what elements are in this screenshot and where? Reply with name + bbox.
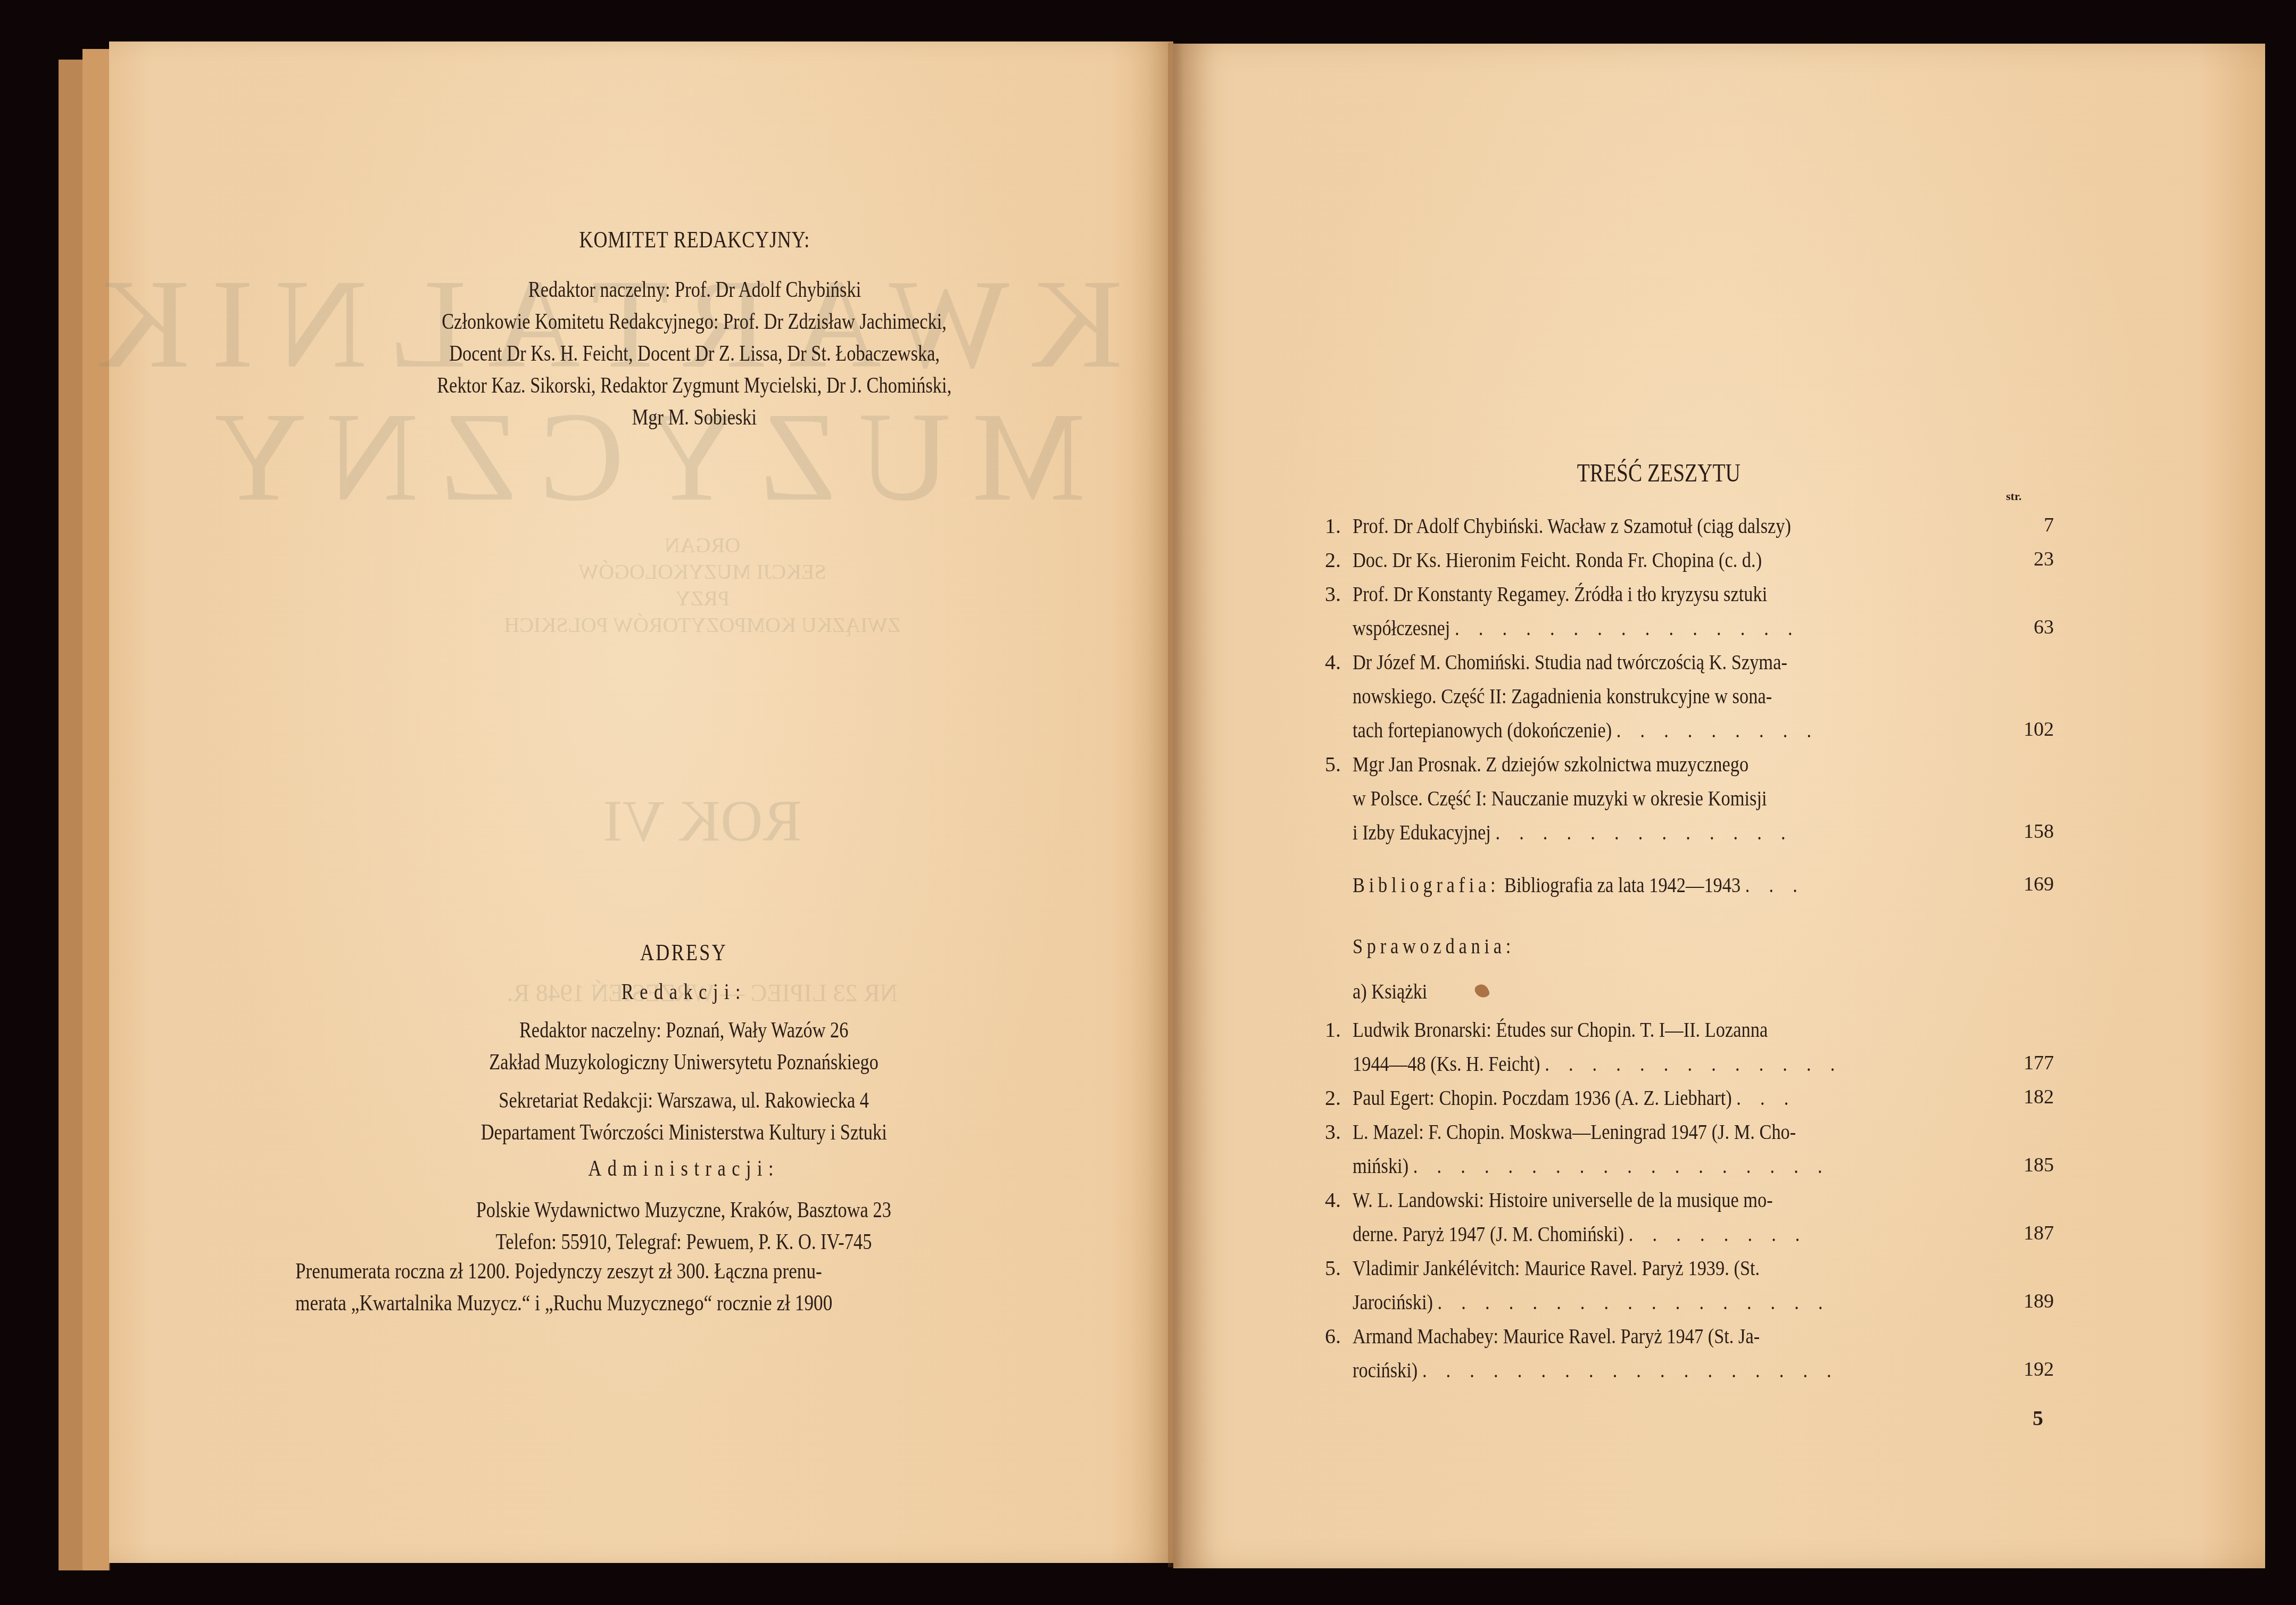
editorial-committee: KOMITET REDAKCYJNY: Redaktor naczelny: P… [282,226,1107,434]
committee-line: Rektor Kaz. Sikorski, Redaktor Zygmunt M… [282,370,1107,402]
toc-entry-title: tach fortepianowych (dokończenie) [1353,718,1612,742]
toc-entry-text: Jarociński) . . . . . . . . . . . . . . … [1353,1290,2011,1315]
toc-article-entry[interactable]: 5.Mgr Jan Prosnak. Z dziejów szkolnictwa… [1314,752,2011,854]
toc-entry-title: L. Mazel: F. Chopin. Moskwa—Leningrad 19… [1353,1120,1796,1144]
toc-line: i Izby Edukacyjnej . . . . . . . . . . .… [1314,820,2011,854]
addresses-heading-text: ADRESY [640,939,727,966]
page-number: 5 [2033,1406,2043,1431]
subscription-info: Prenumerata roczna zł 1200. Pojedynczy z… [295,1255,1083,1319]
committee-line-text: Redaktor naczelny: Prof. Dr Adolf Chybiń… [528,274,861,306]
committee-line: Docent Dr Ks. H. Feicht, Docent Dr Z. Li… [282,338,1107,370]
committee-line-text: Rektor Kaz. Sikorski, Redaktor Zygmunt M… [437,370,951,402]
committee-line-text: Członkowie Komitetu Redakcyjnego: Prof. … [442,306,947,338]
committee-line: Redaktor naczelny: Prof. Dr Adolf Chybiń… [282,274,1107,306]
toc-entry-text: Prof. Dr Konstanty Regamey. Źródła i tło… [1353,581,2011,606]
editorial-subheading-text: Redakcji: [621,976,746,1008]
toc-line: 1.Prof. Dr Adolf Chybiński. Wacław z Sza… [1314,513,2011,547]
toc-entry-title: W. L. Landowski: Histoire universelle de… [1353,1188,1773,1212]
toc-line: Jarociński) . . . . . . . . . . . . . . … [1314,1290,2011,1324]
toc-entry-title: Vladimir Jankélévitch: Maurice Ravel. Pa… [1353,1256,1760,1280]
toc-review-entry[interactable]: 4.W. L. Landowski: Histoire universelle … [1314,1187,2011,1255]
address-line: Sekretariat Redakcji: Warszawa, ul. Rako… [298,1085,1070,1117]
toc-review-entry[interactable]: 5.Vladimir Jankélévitch: Maurice Ravel. … [1314,1255,2011,1324]
toc-entry-number: 4. [1314,650,1341,675]
toc-line: 1944—48 (Ks. H. Feicht) . . . . . . . . … [1314,1051,2011,1085]
toc-line: rociński) . . . . . . . . . . . . . . . … [1314,1358,2011,1392]
toc-entry-text: Prof. Dr Adolf Chybiński. Wacław z Szamo… [1353,513,2011,538]
administration-subheading: Administracji: [298,1153,1070,1194]
books-heading: a) Książki [1314,979,2011,1013]
leader-dots: . . . [1745,873,1805,897]
committee-line-text: Mgr M. Sobieski [632,402,757,434]
address-line: Telefon: 55910, Telegraf: Pewuem, P. K. … [298,1226,1070,1258]
toc-entry-number: 3. [1314,1119,1341,1144]
toc-entry-number: 2. [1314,547,1341,572]
toc-entry-text: Doc. Dr Ks. Hieronim Feicht. Ronda Fr. C… [1353,547,2011,572]
toc-line: tach fortepianowych (dokończenie) . . . … [1314,718,2011,752]
toc-entry-text: w Polsce. Część I: Nauczanie muzyki w ok… [1353,786,2011,811]
toc-line: derne. Paryż 1947 (J. M. Chomiński) . . … [1314,1221,2011,1255]
bleed-line: SEKCJI MUZYKOLOGÓW [420,559,984,585]
toc-entry-title: miński) [1353,1154,1408,1178]
toc-articles: 1.Prof. Dr Adolf Chybiński. Wacław z Sza… [1314,513,2011,854]
leader-dots: . . . . . . . . . . . . . [1495,820,1793,844]
toc-review-entry[interactable]: 1.Ludwik Bronarski: Études sur Chopin. T… [1314,1017,2011,1085]
address-line-text: Departament Twórczości Ministerstwa Kult… [480,1117,886,1149]
toc-entry-text: współczesnej . . . . . . . . . . . . . .… [1353,616,2011,641]
toc-entry-title: Mgr Jan Prosnak. Z dziejów szkolnictwa m… [1353,752,1748,776]
subscription-line-text: merata „Kwartalnika Muzycz.“ i „Ruchu Mu… [295,1287,832,1319]
toc-entry-number: 2. [1314,1085,1341,1110]
toc-page-number: 23 [2011,547,2054,571]
toc-page-number: 177 [2011,1051,2054,1075]
toc-entry-text: derne. Paryż 1947 (J. M. Chomiński) . . … [1353,1221,2011,1246]
bibliography-entry[interactable]: Bibliografia: Bibliografia za lata 1942—… [1314,872,2011,907]
bibliography-title: Bibliografia za lata 1942—1943 [1504,873,1740,897]
toc-review-entry[interactable]: 3.L. Mazel: F. Chopin. Moskwa—Leningrad … [1314,1119,2011,1187]
toc-entry-number: 3. [1314,581,1341,606]
toc-article-entry[interactable]: 2.Doc. Dr Ks. Hieronim Feicht. Ronda Fr.… [1314,547,2011,581]
committee-line-text: Docent Dr Ks. H. Feicht, Docent Dr Z. Li… [449,338,940,370]
toc-entry-number: 6. [1314,1324,1341,1349]
address-line: Zakład Muzykologiczny Uniwersytetu Pozna… [298,1046,1070,1078]
toc-page-number: 7 [2011,513,2054,537]
toc-entry-text: nowskiego. Część II: Zagadnienia konstru… [1353,684,2011,709]
toc-line: 4.Dr Józef M. Chomiński. Studia nad twór… [1314,650,2011,684]
reports-label: Sprawozdania: [1353,934,1515,959]
toc-entry-number: 4. [1314,1187,1341,1212]
committee-heading: KOMITET REDAKCYJNY: [282,226,1107,274]
leader-dots: . . . . . . . . [1629,1222,1807,1246]
toc-line: 2.Doc. Dr Ks. Hieronim Feicht. Ronda Fr.… [1314,547,2011,581]
toc-page-number: 192 [2011,1358,2054,1381]
toc-page-number: 185 [2011,1153,2054,1177]
bleed-line: ORGAN [420,532,984,559]
bleed-line: PRZY [420,585,984,612]
bleed-through-organ: ORGAN SEKCJI MUZYKOLOGÓW PRZY ZWIĄZKU KO… [420,532,984,638]
leader-dots: . . . [1736,1086,1796,1110]
toc-entry-title: Dr Józef M. Chomiński. Studia nad twórcz… [1353,650,1787,674]
book-spine [1168,43,1184,1567]
subscription-line: merata „Kwartalnika Muzycz.“ i „Ruchu Mu… [295,1287,1083,1319]
toc-line: 4.W. L. Landowski: Histoire universelle … [1314,1187,2011,1221]
address-line-text: Zakład Muzykologiczny Uniwersytetu Pozna… [489,1046,878,1078]
toc-line: 2.Paul Egert: Chopin. Poczdam 1936 (A. Z… [1314,1085,2011,1119]
toc-entry-number: 1. [1314,1017,1341,1042]
address-line: Polskie Wydawnictwo Muzyczne, Kraków, Ba… [298,1194,1070,1226]
toc-article-entry[interactable]: 4.Dr Józef M. Chomiński. Studia nad twór… [1314,650,2011,752]
leader-dots: . . . . . . . . . . . . . . . [1455,616,1800,640]
leader-dots: . . . . . . . . . . . . . [1545,1052,1842,1076]
toc-entry-text: 1944—48 (Ks. H. Feicht) . . . . . . . . … [1353,1051,2011,1076]
toc-entry-text: Vladimir Jankélévitch: Maurice Ravel. Pa… [1353,1255,2011,1280]
bleed-through-year: ROK VI [553,787,851,855]
toc-line: współczesnej . . . . . . . . . . . . . .… [1314,616,2011,650]
toc-title-text: TREŚĆ ZESZYTU [1577,459,1740,488]
subscription-line-text: Prenumerata roczna zł 1200. Pojedynczy z… [295,1255,822,1287]
toc-entry-title: Prof. Dr Konstanty Regamey. Źródła i tło… [1353,582,1767,606]
address-line: Departament Twórczości Ministerstwa Kult… [298,1117,1070,1149]
toc-entry-title: Prof. Dr Adolf Chybiński. Wacław z Szamo… [1353,514,1791,538]
toc-entry-title: Doc. Dr Ks. Hieronim Feicht. Ronda Fr. C… [1353,548,1762,572]
bibliography-label: Bibliografia: [1353,873,1499,897]
toc-page-number: 187 [2011,1221,2054,1245]
toc-entry-title: nowskiego. Część II: Zagadnienia konstru… [1353,684,1772,708]
toc-entry-text: W. L. Landowski: Histoire universelle de… [1353,1187,2011,1212]
address-line-text: Redaktor naczelny: Poznań, Wały Wazów 26 [519,1014,849,1046]
toc-reviews: 1.Ludwik Bronarski: Études sur Chopin. T… [1314,1017,2011,1392]
toc-line: 5.Mgr Jan Prosnak. Z dziejów szkolnictwa… [1314,752,2011,786]
toc-title: TREŚĆ ZESZYTU [1559,459,1759,488]
address-line-text: Polskie Wydawnictwo Muzyczne, Kraków, Ba… [476,1194,891,1226]
toc-entry-title: 1944—48 (Ks. H. Feicht) [1353,1052,1540,1076]
administration-subheading-text: Administracji: [588,1153,780,1185]
toc-page-number: 189 [2011,1290,2054,1313]
committee-heading-text: KOMITET REDAKCYJNY: [579,226,810,253]
toc-entry-text: Dr Józef M. Chomiński. Studia nad twórcz… [1353,650,2011,675]
toc-page-number: 182 [2011,1085,2054,1109]
bleed-line: ZWIĄZKU KOMPOZYTORÓW POLSKICH [420,612,984,638]
books-label: a) Książki [1353,979,1427,1004]
address-line-text: Telefon: 55910, Telegraf: Pewuem, P. K. … [496,1226,872,1258]
toc-page-number: 102 [2011,718,2054,741]
toc-line: 1.Ludwik Bronarski: Études sur Chopin. T… [1314,1017,2011,1051]
leader-dots: . . . . . . . . . . . . . . . . . . [1413,1154,1830,1178]
address-line-text: Sekretariat Redakcji: Warszawa, ul. Rako… [499,1085,869,1117]
bibliography-text: Bibliografia: Bibliografia za lata 1942—… [1353,872,2011,897]
toc-line: 5.Vladimir Jankélévitch: Maurice Ravel. … [1314,1255,2011,1290]
toc-page-number: 63 [2011,616,2054,639]
toc-entry-title: i Izby Edukacyjnej [1353,820,1491,844]
toc-entry-number: 5. [1314,752,1341,777]
leader-dots: . . . . . . . . . . . . . . . . . . [1422,1358,1839,1382]
reports-heading: Sprawozdania: [1314,934,2011,968]
toc-entry-title: Paul Egert: Chopin. Poczdam 1936 (A. Z. … [1353,1086,1732,1110]
toc-entry-text: Mgr Jan Prosnak. Z dziejów szkolnictwa m… [1353,752,2011,777]
toc-line: nowskiego. Część II: Zagadnienia konstru… [1314,684,2011,718]
toc-entry-text: Paul Egert: Chopin. Poczdam 1936 (A. Z. … [1353,1085,2011,1110]
editorial-subheading: Redakcji: [298,976,1070,1014]
toc-entry-title: derne. Paryż 1947 (J. M. Chomiński) [1353,1222,1624,1246]
toc-line: w Polsce. Część I: Nauczanie muzyki w ok… [1314,786,2011,820]
committee-line: Mgr M. Sobieski [282,402,1107,434]
toc-page-number: 169 [2011,872,2054,896]
address-line: Redaktor naczelny: Poznań, Wały Wazów 26 [298,1014,1070,1046]
toc-entry-text: tach fortepianowych (dokończenie) . . . … [1353,718,2011,743]
toc-entry-text: rociński) . . . . . . . . . . . . . . . … [1353,1358,2011,1383]
toc-line: miński) . . . . . . . . . . . . . . . . … [1314,1153,2011,1187]
committee-line: Członkowie Komitetu Redakcyjnego: Prof. … [282,306,1107,338]
toc-line: 3.L. Mazel: F. Chopin. Moskwa—Leningrad … [1314,1119,2011,1153]
addresses-heading: ADRESY [298,939,1070,976]
leader-dots: . . . . . . . . . [1617,718,1819,742]
toc-entry-text: Armand Machabey: Maurice Ravel. Paryż 19… [1353,1324,2011,1349]
leader-dots: . . . . . . . . . . . . . . . . . [1438,1290,1830,1314]
toc-entry-number: 5. [1314,1255,1341,1280]
toc-article-entry[interactable]: 3.Prof. Dr Konstanty Regamey. Źródła i t… [1314,581,2011,650]
toc-page-number: 158 [2011,820,2054,843]
toc-entry-title: Armand Machabey: Maurice Ravel. Paryż 19… [1353,1324,1760,1348]
toc-entry-text: i Izby Edukacyjnej . . . . . . . . . . .… [1353,820,2011,845]
toc-entry-title: w Polsce. Część I: Nauczanie muzyki w ok… [1353,786,1767,810]
addresses-section: ADRESY Redakcji: Redaktor naczelny: Pozn… [298,939,1070,1258]
toc-article-entry[interactable]: 1.Prof. Dr Adolf Chybiński. Wacław z Sza… [1314,513,2011,547]
toc-entry-text: Ludwik Bronarski: Études sur Chopin. T. … [1353,1017,2011,1042]
toc-entry-text: miński) . . . . . . . . . . . . . . . . … [1353,1153,2011,1178]
toc-line: 3.Prof. Dr Konstanty Regamey. Źródła i t… [1314,581,2011,616]
toc-review-entry[interactable]: 6.Armand Machabey: Maurice Ravel. Paryż … [1314,1324,2011,1392]
toc-entry-title: Jarociński) [1353,1290,1433,1314]
toc-line: 6.Armand Machabey: Maurice Ravel. Paryż … [1314,1324,2011,1358]
toc-entry-number: 1. [1314,513,1341,538]
toc-review-entry[interactable]: 2.Paul Egert: Chopin. Poczdam 1936 (A. Z… [1314,1085,2011,1119]
page-column-label: str. [2006,489,2021,503]
subscription-line: Prenumerata roczna zł 1200. Pojedynczy z… [295,1255,1083,1287]
toc-entry-title: rociński) [1353,1358,1418,1382]
toc-entry-title: Ludwik Bronarski: Études sur Chopin. T. … [1353,1018,1768,1042]
toc-entry-text: L. Mazel: F. Chopin. Moskwa—Leningrad 19… [1353,1119,2011,1144]
toc-entry-title: współczesnej [1353,616,1450,640]
